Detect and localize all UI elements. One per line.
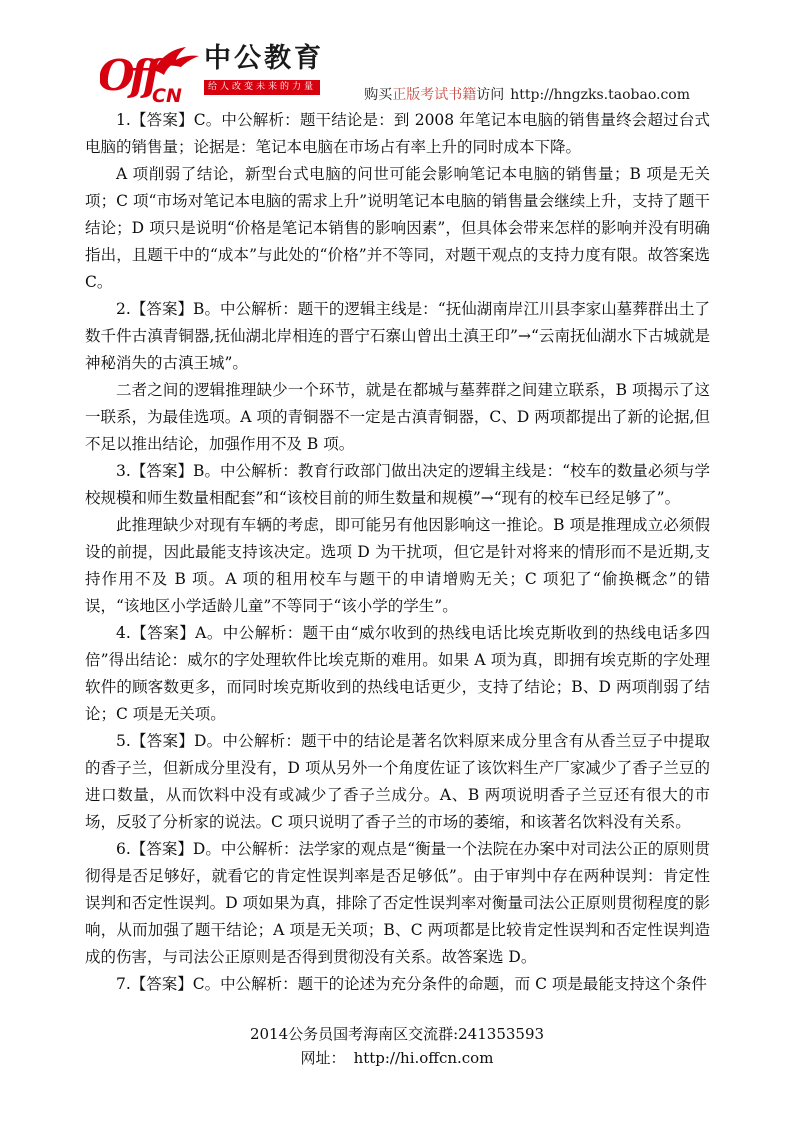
qq-group-line: 2014公务员国考海南区交流群:241353593	[0, 1022, 794, 1046]
website-line: 网址：http://hi.offcn.com	[0, 1046, 794, 1070]
paragraph-q2-analysis: 二者之间的逻辑推理缺少一个环节，就是在都城与墓葬群之间建立联系，B 项揭示了这一…	[85, 377, 710, 458]
website-label: 网址：	[301, 1049, 346, 1067]
svg-text:CN: CN	[152, 85, 182, 104]
paragraph-q5-answer: 5.【答案】D。中公解析：题干中的结论是著名饮料原来成分里含有从香兰豆子中提取的…	[85, 728, 710, 836]
page-header: Off CN 中公教育 给人改变未来的力量 购买正版考试书籍访问http://h…	[100, 44, 694, 110]
paragraph-q2-answer: 2.【答案】B。中公解析：题干的逻辑主线是：“抚仙湖南岸江川县李家山墓葬群出土了…	[85, 296, 710, 377]
paragraph-q7-answer: 7.【答案】C。中公解析：题干的论述为充分条件的命题，而 C 项是最能支持这个条…	[85, 971, 710, 998]
paragraph-q1-analysis: A 项削弱了结论，新型台式电脑的问世可能会影响笔记本电脑的销售量；B 项是无关项…	[85, 161, 710, 296]
paragraph-q4-answer: 4.【答案】A。中公解析：题干由“威尔收到的热线电话比埃克斯收到的热线电话多四倍…	[85, 620, 710, 728]
taobao-url-link[interactable]: http://hngzks.taobao.com	[510, 87, 690, 103]
paragraph-q3-answer: 3.【答案】B。中公解析：教育行政部门做出决定的逻辑主线是：“校车的数量必须与学…	[85, 458, 710, 512]
brand-text-block: 中公教育 给人改变未来的力量	[204, 44, 324, 95]
page-footer: 2014公务员国考海南区交流群:241353593 网址：http://hi.o…	[0, 1022, 794, 1070]
offcn-url-link[interactable]: http://hi.offcn.com	[354, 1049, 494, 1067]
paragraph-q3-analysis: 此推理缺少对现有车辆的考虑，即可能另有他因影响这一推论。B 项是推理成立必须假设…	[85, 512, 710, 620]
paragraph-q6-answer: 6.【答案】D。中公解析：法学家的观点是“衡量一个法院在办案中对司法公正的原则贯…	[85, 836, 710, 971]
answers-body: 1.【答案】C。中公解析：题干结论是：到 2008 年笔记本电脑的销售量终会超过…	[85, 107, 710, 998]
document-page: Off CN 中公教育 给人改变未来的力量 购买正版考试书籍访问http://h…	[0, 0, 794, 1123]
brand-tagline: 给人改变未来的力量	[204, 80, 320, 95]
buy-books-line: 购买正版考试书籍访问http://hngzks.taobao.com	[364, 86, 690, 104]
buy-highlight: 正版考试书籍	[392, 87, 476, 103]
buy-prefix: 购买	[364, 87, 392, 103]
buy-suffix: 访问	[476, 87, 504, 103]
offcn-logo-icon: Off CN	[100, 46, 200, 104]
brand-name: 中公教育	[204, 44, 324, 74]
paragraph-q1-answer: 1.【答案】C。中公解析：题干结论是：到 2008 年笔记本电脑的销售量终会超过…	[85, 107, 710, 161]
